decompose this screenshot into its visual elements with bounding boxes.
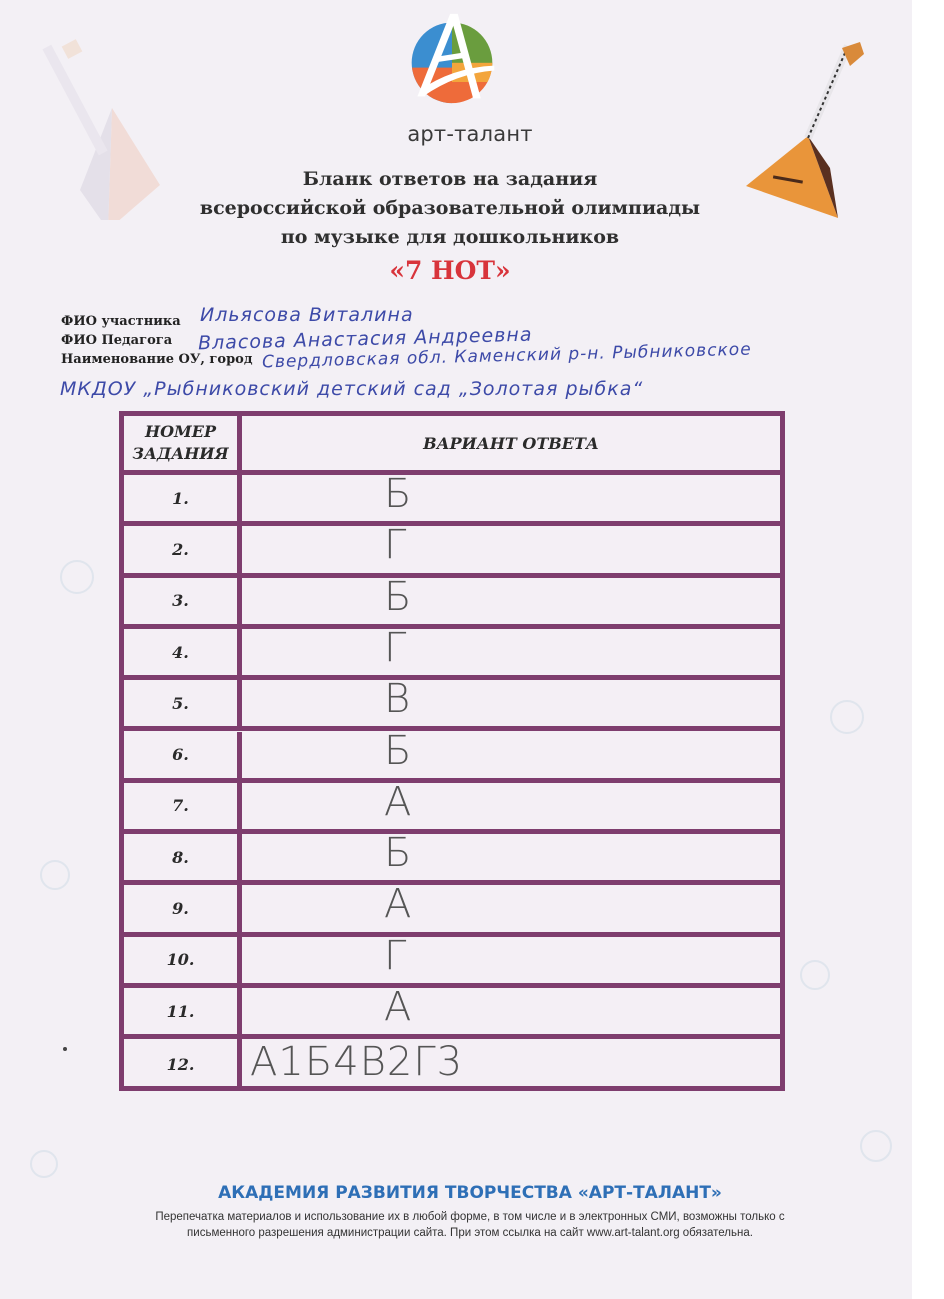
footer-title: АКАДЕМИЯ РАЗВИТИЯ ТВОРЧЕСТВА «АРТ-ТАЛАНТ… (80, 1183, 860, 1203)
answer-value: В (384, 676, 410, 722)
org-value-line-2[interactable]: МКДОУ „Рыбниковский детский сад „Золотая… (60, 378, 643, 400)
footer-note-line-2: письменного разрешения администрации сай… (80, 1225, 860, 1241)
task-number: 9. (124, 885, 242, 931)
task-number: 4. (124, 629, 242, 675)
title-line-2: всероссийской образовательной олимпиады (150, 197, 750, 219)
table-row: 4.Г (124, 629, 780, 680)
answer-value: А (384, 984, 411, 1030)
answer-value: Г (384, 522, 406, 568)
task-number: 12. (124, 1039, 242, 1090)
table-row: 12.А1Б4В2Г3 (124, 1039, 780, 1090)
task-number: 11. (124, 988, 242, 1034)
table-row: 10.Г (124, 937, 780, 988)
task-number: 8. (124, 834, 242, 880)
answer-cell[interactable]: Б (242, 834, 780, 880)
table-row: 9.А (124, 885, 780, 936)
table-row: 1.Б (124, 475, 780, 526)
title-line-1: Бланк ответов на задания (150, 168, 750, 190)
task-number: 7. (124, 783, 242, 829)
table-row: 3.Б (124, 578, 780, 629)
background-doodle (860, 1130, 892, 1162)
answer-cell[interactable]: Б (242, 475, 780, 521)
task-number: 1. (124, 475, 242, 521)
answer-cell[interactable]: А1Б4В2Г3 (242, 1039, 780, 1090)
answer-table: НОМЕР ЗАДАНИЯ ВАРИАНТ ОТВЕТА 1.Б2.Г3.Б4.… (119, 411, 785, 1091)
table-header: НОМЕР ЗАДАНИЯ ВАРИАНТ ОТВЕТА (124, 416, 780, 475)
background-doodle (40, 860, 70, 890)
task-number: 3. (124, 578, 242, 624)
background-doodle (800, 960, 830, 990)
answer-cell[interactable]: Б (242, 732, 780, 778)
answer-cell[interactable]: Г (242, 937, 780, 983)
answer-value: Г (384, 933, 406, 979)
answer-sheet-page: арт-талант Бланк ответов на задания всер… (0, 0, 912, 1299)
answer-value: А (384, 881, 411, 927)
footer-note-line-1: Перепечатка материалов и использование и… (80, 1209, 860, 1225)
olympiad-name: «7 НОТ» (150, 256, 750, 285)
task-number: 6. (124, 732, 242, 778)
background-doodle (60, 560, 94, 594)
answer-cell[interactable]: А (242, 988, 780, 1034)
header-number: НОМЕР ЗАДАНИЯ (124, 416, 242, 470)
table-row: 2.Г (124, 526, 780, 577)
table-row: 7.А (124, 783, 780, 834)
answer-value: А (384, 779, 411, 825)
answer-value: А1Б4В2Г3 (250, 1039, 463, 1085)
task-number: 2. (124, 526, 242, 572)
answer-value: Г (384, 625, 406, 671)
brand-name: арт-талант (370, 122, 570, 146)
answer-value: Б (384, 830, 411, 876)
teacher-label: ФИО Педагога (61, 333, 172, 348)
table-row: 8.Б (124, 834, 780, 885)
header-number-line-1: НОМЕР (145, 421, 216, 443)
task-number: 5. (124, 680, 242, 726)
balalaika-icon (30, 20, 170, 220)
answer-value: Б (384, 471, 411, 517)
table-row: 5.В (124, 680, 780, 731)
answer-cell[interactable]: В (242, 680, 780, 726)
participant-label: ФИО участника (61, 314, 181, 329)
header-answer: ВАРИАНТ ОТВЕТА (242, 416, 780, 470)
background-doodle (30, 1150, 58, 1178)
answer-value: Б (384, 574, 411, 620)
table-row: 6.Б (124, 732, 780, 783)
participant-value[interactable]: Ильясова Виталина (200, 304, 414, 326)
answer-cell[interactable]: Г (242, 629, 780, 675)
answer-cell[interactable]: А (242, 885, 780, 931)
background-doodle (830, 700, 864, 734)
header-number-line-2: ЗАДАНИЯ (132, 443, 228, 465)
answer-cell[interactable]: А (242, 783, 780, 829)
footer-note: Перепечатка материалов и использование и… (80, 1209, 860, 1241)
balalaika-icon (738, 18, 878, 218)
answer-cell[interactable]: Г (242, 526, 780, 572)
org-label: Наименование ОУ, город (61, 352, 253, 367)
table-row: 11.А (124, 988, 780, 1039)
title-line-3: по музыке для дошкольников (150, 226, 750, 248)
task-number: 10. (124, 937, 242, 983)
art-talant-logo-icon (404, 8, 500, 108)
stray-mark (63, 1047, 67, 1051)
answer-value: Б (384, 728, 411, 774)
answer-cell[interactable]: Б (242, 578, 780, 624)
